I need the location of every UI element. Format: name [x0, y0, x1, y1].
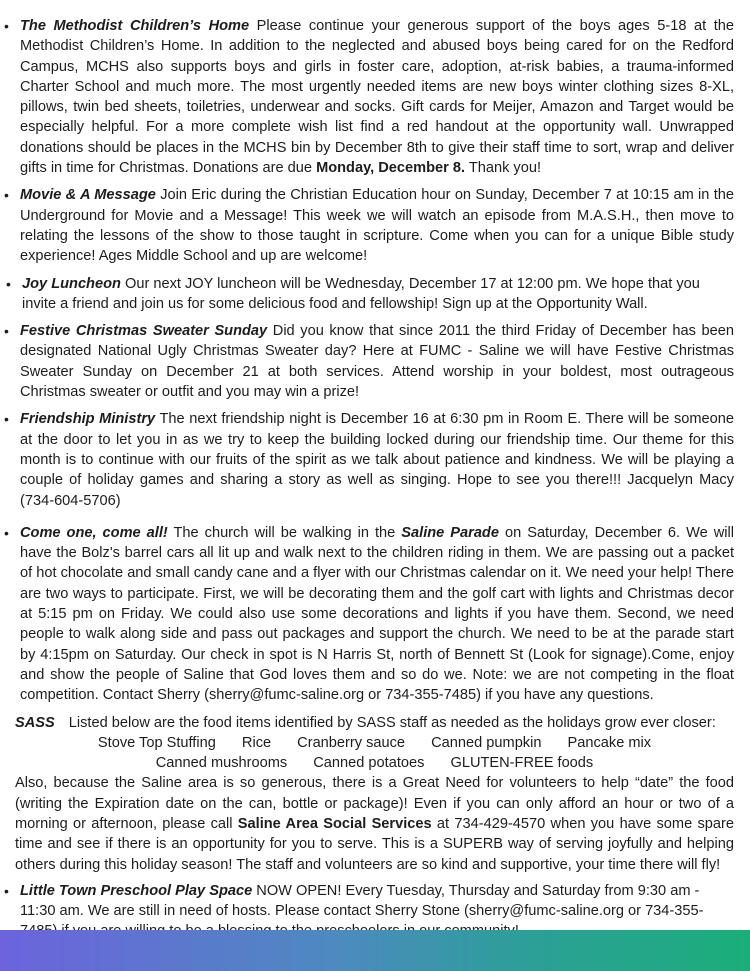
food-item: Canned pumpkin [431, 735, 541, 751]
bullet-icon: • [4, 185, 9, 205]
bullet-icon: • [4, 16, 9, 36]
footer-gradient-bar [0, 930, 750, 971]
announcement-methodist-childrens-home: • The Methodist Children’s Home Please c… [0, 16, 750, 178]
announcement-saline-parade: • Come one, come all! The church will be… [0, 523, 750, 706]
bullet-icon: • [6, 274, 11, 294]
sass-intro-line: SASSListed below are the food items iden… [15, 713, 734, 733]
sass-volunteer-paragraph: Also, because the Saline area is so gene… [15, 773, 734, 874]
bullet-icon: • [4, 409, 9, 429]
announcement-body-end: on Saturday, December 6. We will have th… [20, 525, 734, 703]
saline-parade-emphasis: Saline Parade [401, 525, 499, 541]
sass-org-name: Saline Area Social Services [238, 816, 432, 832]
announcement-title: Joy Luncheon [22, 276, 121, 292]
food-item: Stove Top Stuffing [98, 735, 216, 751]
announcement-body: The church will be walking in the [168, 525, 402, 541]
announcement-title: The Methodist Children’s Home [20, 18, 249, 34]
announcement-friendship-ministry: • Friendship Ministry The next friendshi… [0, 409, 750, 510]
announcement-title: Festive Christmas Sweater Sunday [20, 323, 267, 339]
bullet-icon: • [4, 321, 9, 341]
food-item: Canned mushrooms [156, 755, 287, 771]
announcement-sweater-sunday: • Festive Christmas Sweater Sunday Did y… [0, 321, 750, 402]
sass-intro: Listed below are the food items identifi… [69, 715, 716, 731]
food-items-row-1: Stove Top Stuffing Rice Cranberry sauce … [15, 733, 734, 753]
announcement-body: Please continue your generous support of… [20, 18, 734, 176]
food-item: Rice [242, 735, 271, 751]
announcement-title: Friendship Ministry [20, 411, 155, 427]
food-item: GLUTEN-FREE foods [450, 755, 593, 771]
bullet-icon: • [4, 881, 9, 901]
food-items-row-2: Canned mushrooms Canned potatoes GLUTEN-… [15, 753, 734, 773]
announcement-deadline: Monday, December 8. [316, 160, 465, 176]
food-item: Canned potatoes [313, 755, 424, 771]
announcement-title: Little Town Preschool Play Space [20, 883, 252, 899]
announcement-title: Movie & A Message [20, 187, 156, 203]
announcement-title: Come one, come all! [20, 525, 168, 541]
bullet-icon: • [4, 523, 9, 543]
announcement-joy-luncheon: • Joy Luncheon Our next JOY luncheon wil… [0, 274, 750, 315]
bulletin-document: • The Methodist Children’s Home Please c… [0, 16, 750, 949]
sass-section: SASSListed below are the food items iden… [0, 713, 750, 875]
announcement-body: Our next JOY luncheon will be Wednesday,… [22, 276, 700, 312]
food-item: Pancake mix [568, 735, 652, 751]
sass-label: SASS [15, 715, 55, 731]
food-item: Cranberry sauce [297, 735, 405, 751]
announcement-body-end: Thank you! [465, 160, 541, 176]
announcement-movie-message: • Movie & A Message Join Eric during the… [0, 185, 750, 266]
